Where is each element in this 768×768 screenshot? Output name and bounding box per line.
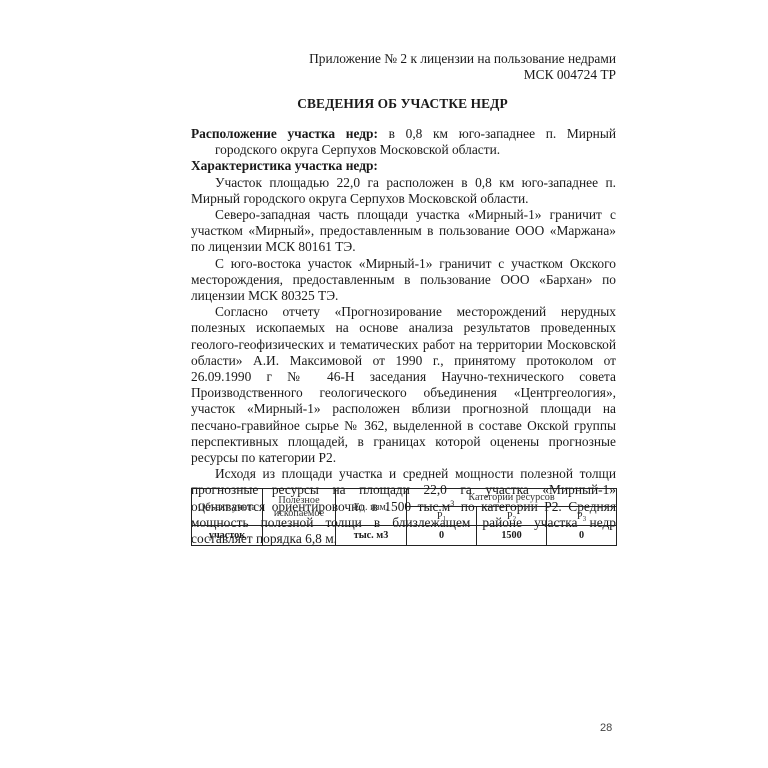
characteristics-heading: Характеристика участка недр: (191, 158, 616, 174)
resources-table: Объект учета Полезное ископаемое Ед. изм… (191, 488, 617, 546)
license-number: МСК 004724 ТР (309, 67, 616, 83)
cell-unit: тыс. м3 (336, 526, 407, 546)
appendix-line-1: Приложение № 2 к лицензии на пользование… (309, 51, 616, 67)
header-categories: Категории ресурсов (407, 489, 617, 507)
paragraph-area: Участок площадью 22,0 га расположен в 0,… (191, 175, 616, 207)
cell-mineral (263, 526, 336, 546)
document-body: Расположение участка недр: в 0,8 км юго-… (191, 126, 616, 547)
table-row: участок тыс. м3 0 1500 0 (192, 526, 617, 546)
appendix-reference: Приложение № 2 к лицензии на пользование… (309, 51, 616, 83)
header-p1: P1 (407, 507, 477, 526)
paragraph-northwest-border: Северо-западная часть площади участка «М… (191, 207, 616, 256)
header-p2: P2 (477, 507, 547, 526)
location-label: Расположение участка недр: (191, 126, 378, 141)
cell-object: участок (192, 526, 263, 546)
cell-p2: 1500 (477, 526, 547, 546)
document-page: Приложение № 2 к лицензии на пользование… (0, 0, 768, 768)
cell-p3: 0 (547, 526, 617, 546)
location-paragraph: Расположение участка недр: в 0,8 км юго-… (191, 126, 616, 158)
header-object: Объект учета (192, 489, 263, 526)
paragraph-forecast-report: Согласно отчету «Прогнозирование месторо… (191, 304, 616, 466)
header-unit: Ед. изм. (336, 489, 407, 526)
page-number: 28 (600, 722, 612, 734)
page-title: СВЕДЕНИЯ ОБ УЧАСТКЕ НЕДР (0, 96, 768, 112)
header-mineral: Полезное ископаемое (263, 489, 336, 526)
header-p3: P3 (547, 507, 617, 526)
cell-p1: 0 (407, 526, 477, 546)
paragraph-southeast-border: С юго-востока участок «Мирный-1» граничи… (191, 256, 616, 305)
